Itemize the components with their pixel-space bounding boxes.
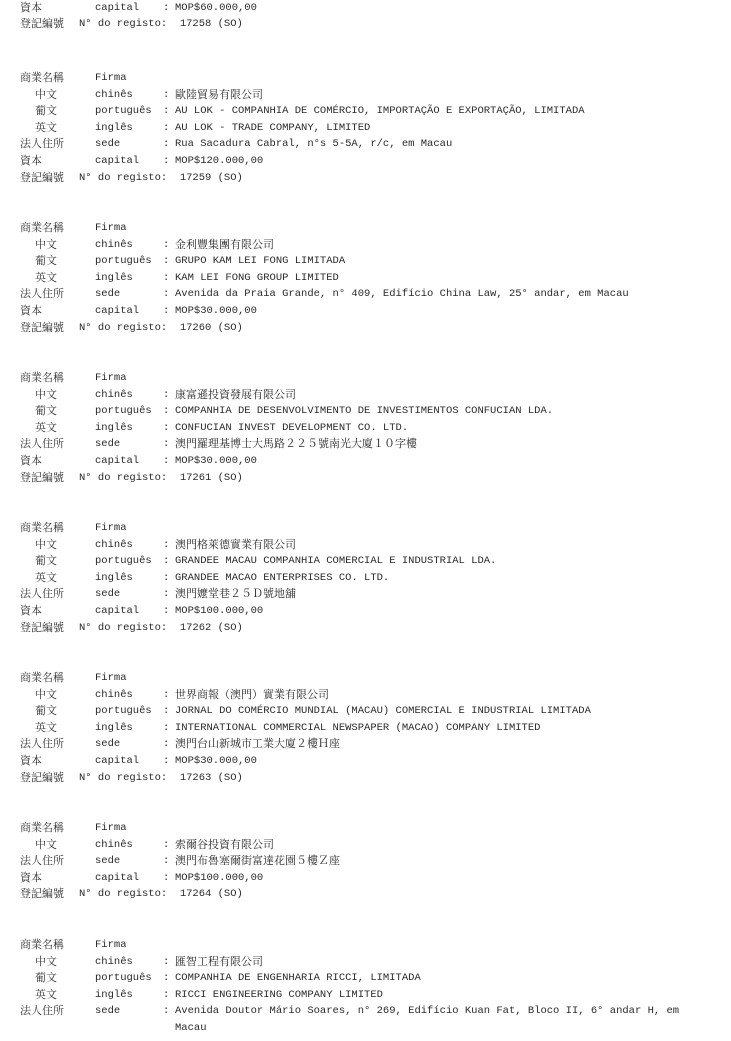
ingles-label-pt: inglês bbox=[95, 420, 133, 436]
colon: : bbox=[163, 753, 169, 769]
chines-label-pt: chinês bbox=[95, 837, 133, 853]
registo-label-zh: 登記編號 bbox=[20, 470, 64, 486]
firma-label-zh: 商業名稱 bbox=[20, 520, 64, 536]
colon: : bbox=[163, 954, 169, 970]
colon: : bbox=[163, 87, 169, 103]
ingles-label-zh: 英文 bbox=[35, 987, 57, 1003]
sede-value: 澳門布魯塞爾街富達花園５樓Ｚ座 bbox=[175, 853, 340, 869]
firma-label-pt: Firma bbox=[95, 670, 127, 686]
capital-value: MOP$30.000,00 bbox=[175, 753, 257, 769]
portugues-label-zh: 葡文 bbox=[35, 403, 57, 419]
capital-value: MOP$100.000,00 bbox=[175, 603, 263, 619]
sede-value: Rua Sacadura Cabral, n°s 5-5A, r/c, em M… bbox=[175, 136, 452, 152]
portugues-label-pt: português bbox=[95, 103, 152, 119]
capital-label-zh: 資本 bbox=[20, 870, 42, 886]
chines-value: 金利豐集團有限公司 bbox=[175, 237, 274, 253]
firma-label-pt: Firma bbox=[95, 820, 127, 836]
ingles-label-zh: 英文 bbox=[35, 270, 57, 286]
portugues-value: COMPANHIA DE DESENVOLVIMENTO DE INVESTIM… bbox=[175, 403, 553, 419]
sede-value: Avenida da Praia Grande, n° 409, Edifíci… bbox=[175, 286, 629, 302]
colon: : bbox=[163, 1003, 169, 1019]
firma-label-zh: 商業名稱 bbox=[20, 937, 64, 953]
registo-label-zh: 登記編號 bbox=[20, 170, 64, 186]
chines-label-zh: 中文 bbox=[35, 837, 57, 853]
firma-label-pt: Firma bbox=[95, 70, 127, 86]
capital-label-pt: capital bbox=[95, 453, 139, 469]
chines-label-zh: 中文 bbox=[35, 687, 57, 703]
registo-label-zh: 登記編號 bbox=[20, 620, 64, 636]
ingles-label-zh: 英文 bbox=[35, 120, 57, 136]
chines-label-zh: 中文 bbox=[35, 387, 57, 403]
ingles-value: AU LOK - TRADE COMPANY, LIMITED bbox=[175, 120, 370, 136]
colon: : bbox=[163, 153, 169, 169]
registo-value: 17260 (SO) bbox=[180, 322, 243, 334]
chines-value: 匯智工程有限公司 bbox=[175, 954, 263, 970]
portugues-label-pt: português bbox=[95, 403, 152, 419]
portugues-value: COMPANHIA DE ENGENHARIA RICCI, LIMITADA bbox=[175, 970, 421, 986]
portugues-value: GRUPO KAM LEI FONG LIMITADA bbox=[175, 253, 345, 269]
portugues-label-zh: 葡文 bbox=[35, 970, 57, 986]
chines-value: 索爾谷投資有限公司 bbox=[175, 837, 274, 853]
registo-label-zh: 登記編號 bbox=[20, 320, 64, 336]
sede-label-zh: 法人住所 bbox=[20, 436, 64, 452]
registo-label-pt: N° do registo: bbox=[79, 772, 167, 784]
sede-label-pt: sede bbox=[95, 286, 120, 302]
chines-label-pt: chinês bbox=[95, 87, 133, 103]
registo-label-zh: 登記編號 bbox=[20, 770, 64, 786]
registo-value: 17262 (SO) bbox=[180, 622, 243, 634]
colon: : bbox=[163, 603, 169, 619]
sede-label-pt: sede bbox=[95, 586, 120, 602]
sede-label-zh: 法人住所 bbox=[20, 1003, 64, 1019]
chines-value: 歐陸貿易有限公司 bbox=[175, 87, 263, 103]
capital-label-pt: capital bbox=[95, 870, 139, 886]
colon: : bbox=[163, 303, 169, 319]
capital-value: MOP$120.000,00 bbox=[175, 153, 263, 169]
colon: : bbox=[163, 403, 169, 419]
colon: : bbox=[163, 436, 169, 452]
registo-label-pt: N° do registo: bbox=[79, 888, 167, 900]
colon: : bbox=[163, 387, 169, 403]
colon: : bbox=[163, 870, 169, 886]
registo-value: 17264 (SO) bbox=[180, 888, 243, 900]
ingles-value: INTERNATIONAL COMMERCIAL NEWSPAPER (MACA… bbox=[175, 720, 540, 736]
chines-label-pt: chinês bbox=[95, 537, 133, 553]
colon: : bbox=[163, 253, 169, 269]
firma-label-zh: 商業名稱 bbox=[20, 820, 64, 836]
registo-value: 17258 (SO) bbox=[180, 18, 243, 30]
sede-cont-value: Macau bbox=[175, 1020, 207, 1036]
portugues-label-zh: 葡文 bbox=[35, 553, 57, 569]
sede-label-pt: sede bbox=[95, 1003, 120, 1019]
ingles-value: RICCI ENGINEERING COMPANY LIMITED bbox=[175, 987, 383, 1003]
colon: : bbox=[163, 553, 169, 569]
firma-label-pt: Firma bbox=[95, 370, 127, 386]
chines-label-zh: 中文 bbox=[35, 237, 57, 253]
ingles-value: KAM LEI FONG GROUP LIMITED bbox=[175, 270, 339, 286]
portugues-label-pt: português bbox=[95, 553, 152, 569]
colon: : bbox=[163, 0, 169, 16]
ingles-label-zh: 英文 bbox=[35, 570, 57, 586]
colon: : bbox=[163, 120, 169, 136]
portugues-label-zh: 葡文 bbox=[35, 253, 57, 269]
capital-label-zh: 資本 bbox=[20, 753, 42, 769]
sede-label-zh: 法人住所 bbox=[20, 736, 64, 752]
colon: : bbox=[163, 736, 169, 752]
firma-label-zh: 商業名稱 bbox=[20, 70, 64, 86]
capital-label-zh: 資本 bbox=[20, 0, 42, 16]
chines-label-pt: chinês bbox=[95, 387, 133, 403]
firma-label-pt: Firma bbox=[95, 520, 127, 536]
chines-value: 康富遜投資發展有限公司 bbox=[175, 387, 296, 403]
colon: : bbox=[163, 420, 169, 436]
colon: : bbox=[163, 837, 169, 853]
registo-label-pt: N° do registo: 17258 (SO) bbox=[79, 16, 243, 32]
capital-label-pt: capital bbox=[95, 753, 139, 769]
registo-label-zh: 登記編號 bbox=[20, 886, 64, 902]
portugues-label-zh: 葡文 bbox=[35, 103, 57, 119]
colon: : bbox=[163, 703, 169, 719]
chines-label-zh: 中文 bbox=[35, 87, 57, 103]
capital-label-pt: capital bbox=[95, 303, 139, 319]
capital-value: MOP$30.000,00 bbox=[175, 303, 257, 319]
registo-label-pt: N° do registo: bbox=[79, 622, 167, 634]
capital-value: MOP$30.000,00 bbox=[175, 453, 257, 469]
portugues-value: GRANDEE MACAU COMPANHIA COMERCIAL E INDU… bbox=[175, 553, 496, 569]
colon: : bbox=[163, 453, 169, 469]
sede-value: 澳門台山新城市工業大廈２樓Ｈ座 bbox=[175, 736, 340, 752]
colon: : bbox=[163, 687, 169, 703]
capital-label-zh: 資本 bbox=[20, 303, 42, 319]
registo-value: 17259 (SO) bbox=[180, 172, 243, 184]
chines-label-pt: chinês bbox=[95, 687, 133, 703]
sede-label-pt: sede bbox=[95, 853, 120, 869]
registo-label-pt: N° do registo: bbox=[79, 472, 167, 484]
capital-label-zh: 資本 bbox=[20, 603, 42, 619]
ingles-label-pt: inglês bbox=[95, 270, 133, 286]
colon: : bbox=[163, 720, 169, 736]
registo-label-zh: 登記編號 bbox=[20, 16, 64, 32]
colon: : bbox=[163, 103, 169, 119]
chines-label-pt: chinês bbox=[95, 954, 133, 970]
portugues-label-pt: português bbox=[95, 703, 152, 719]
registo-label-pt: N° do registo: bbox=[79, 322, 167, 334]
sede-label-zh: 法人住所 bbox=[20, 136, 64, 152]
ingles-value: GRANDEE MACAO ENTERPRISES CO. LTD. bbox=[175, 570, 389, 586]
colon: : bbox=[163, 853, 169, 869]
firma-label-zh: 商業名稱 bbox=[20, 670, 64, 686]
ingles-label-pt: inglês bbox=[95, 720, 133, 736]
firma-label-pt: Firma bbox=[95, 220, 127, 236]
registo-label-pt: N° do registo: bbox=[79, 172, 167, 184]
colon: : bbox=[163, 586, 169, 602]
firma-label-zh: 商業名稱 bbox=[20, 370, 64, 386]
portugues-value: JORNAL DO COMÉRCIO MUNDIAL (MACAU) COMER… bbox=[175, 703, 591, 719]
colon: : bbox=[163, 270, 169, 286]
registo-value: 17263 (SO) bbox=[180, 772, 243, 784]
colon: : bbox=[163, 286, 169, 302]
chines-label-zh: 中文 bbox=[35, 954, 57, 970]
capital-value: MOP$100.000,00 bbox=[175, 870, 263, 886]
chines-label-pt: chinês bbox=[95, 237, 133, 253]
portugues-value: AU LOK - COMPANHIA DE COMÉRCIO, IMPORTAÇ… bbox=[175, 103, 585, 119]
ingles-label-pt: inglês bbox=[95, 987, 133, 1003]
capital-label-zh: 資本 bbox=[20, 453, 42, 469]
colon: : bbox=[163, 537, 169, 553]
sede-label-zh: 法人住所 bbox=[20, 586, 64, 602]
sede-label-pt: sede bbox=[95, 436, 120, 452]
colon: : bbox=[163, 136, 169, 152]
sede-value: 澳門嬤堂巷２５Ｄ號地舖 bbox=[175, 586, 296, 602]
ingles-label-pt: inglês bbox=[95, 120, 133, 136]
ingles-label-pt: inglês bbox=[95, 570, 133, 586]
portugues-label-zh: 葡文 bbox=[35, 703, 57, 719]
sede-value: Avenida Doutor Mário Soares, n° 269, Edi… bbox=[175, 1003, 679, 1019]
chines-value: 世界商報（澳門）實業有限公司 bbox=[175, 687, 329, 703]
capital-label-pt: capital bbox=[95, 0, 139, 16]
colon: : bbox=[163, 237, 169, 253]
capital-label-pt: capital bbox=[95, 603, 139, 619]
capital-value: MOP$60.000,00 bbox=[175, 0, 257, 16]
sede-value: 澳門羅理基博士大馬路２２５號南光大廈１０字樓 bbox=[175, 436, 417, 452]
chines-value: 澳門格萊德實業有限公司 bbox=[175, 537, 296, 553]
portugues-label-pt: português bbox=[95, 970, 152, 986]
colon: : bbox=[163, 987, 169, 1003]
portugues-label-pt: português bbox=[95, 253, 152, 269]
capital-label-pt: capital bbox=[95, 153, 139, 169]
registo-value: 17261 (SO) bbox=[180, 472, 243, 484]
firma-label-zh: 商業名稱 bbox=[20, 220, 64, 236]
ingles-label-zh: 英文 bbox=[35, 720, 57, 736]
sede-label-zh: 法人住所 bbox=[20, 853, 64, 869]
capital-label-zh: 資本 bbox=[20, 153, 42, 169]
sede-label-zh: 法人住所 bbox=[20, 286, 64, 302]
sede-label-pt: sede bbox=[95, 736, 120, 752]
colon: : bbox=[163, 570, 169, 586]
colon: : bbox=[163, 970, 169, 986]
ingles-label-zh: 英文 bbox=[35, 420, 57, 436]
ingles-value: CONFUCIAN INVEST DEVELOPMENT CO. LTD. bbox=[175, 420, 408, 436]
firma-label-pt: Firma bbox=[95, 937, 127, 953]
chines-label-zh: 中文 bbox=[35, 537, 57, 553]
sede-label-pt: sede bbox=[95, 136, 120, 152]
